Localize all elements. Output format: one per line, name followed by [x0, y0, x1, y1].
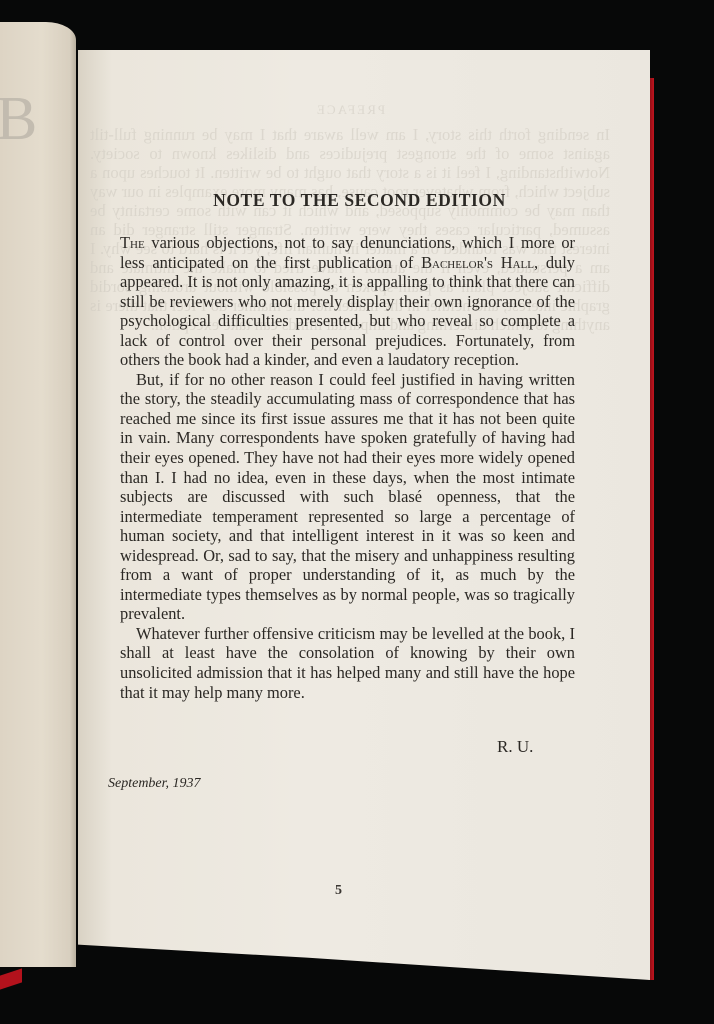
cover-edge-left: [0, 968, 22, 989]
left-page-ghost-letter: B: [0, 84, 37, 155]
document-body: NOTE TO THE SECOND EDITION The various o…: [120, 190, 575, 702]
paragraph-3: Whatever further offensive criticism may…: [120, 624, 575, 702]
page-title: NOTE TO THE SECOND EDITION: [120, 190, 575, 211]
left-page: B: [0, 22, 76, 967]
show-through-title: PREFACE: [90, 100, 610, 119]
page-number: 5: [335, 883, 342, 899]
dateline: September, 1937: [108, 776, 201, 792]
paragraph-lead-smallcaps: The: [120, 233, 145, 252]
paragraph-2: But, if for no other reason I could feel…: [120, 370, 575, 624]
signature: R. U.: [497, 737, 533, 757]
book-title-smallcaps: Bachelor's Hall: [421, 253, 534, 272]
paragraph-1: The various objections, not to say denun…: [120, 233, 575, 370]
